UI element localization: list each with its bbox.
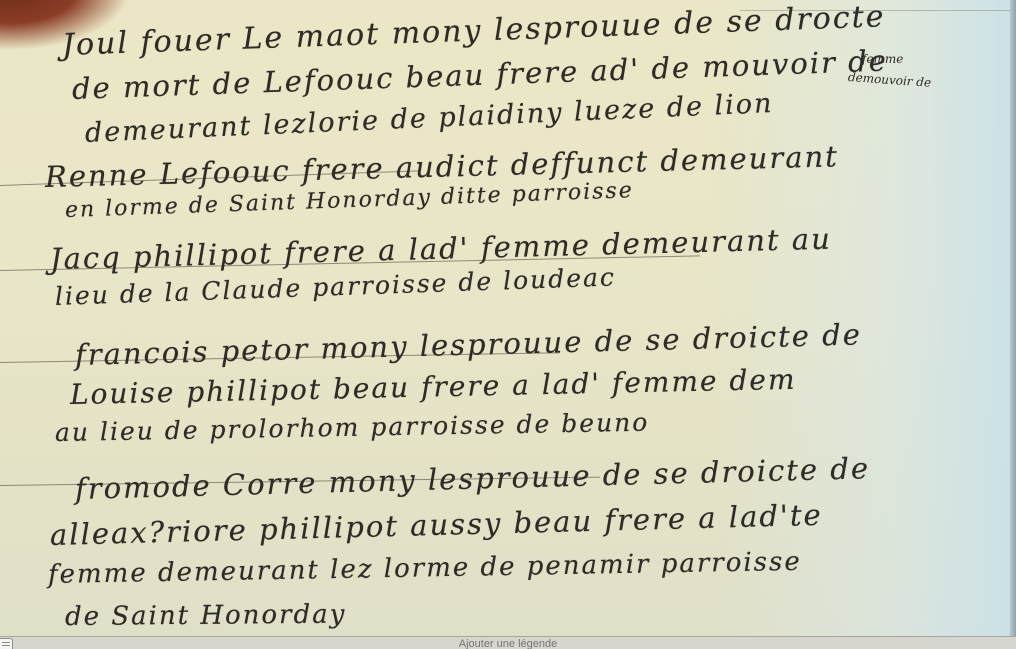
margin-note: femme [862, 52, 903, 66]
manuscript-line: de Saint Honorday [65, 600, 347, 632]
manuscript-line: femme demeurant lez lorme de penamir par… [48, 547, 802, 590]
caption-input[interactable] [0, 638, 1016, 649]
photo-viewer: Joul fouer Le maot mony lesprouue de se … [0, 0, 1016, 649]
document-photo: Joul fouer Le maot mony lesprouue de se … [0, 0, 1016, 649]
manuscript-line: fromode Corre mony lesprouue de se droic… [75, 451, 871, 506]
manuscript-line: au lieu de prolorhom parroisse de beuno [55, 408, 650, 447]
manuscript-line: alleax?riore phillipot aussy beau frere … [50, 498, 824, 552]
caption-bar[interactable] [0, 636, 1016, 649]
margin-note: demouvoir de [848, 70, 932, 90]
manuscript-line: Louise phillipot beau frere a lad' femme… [70, 363, 797, 411]
page-edge [1010, 0, 1016, 636]
